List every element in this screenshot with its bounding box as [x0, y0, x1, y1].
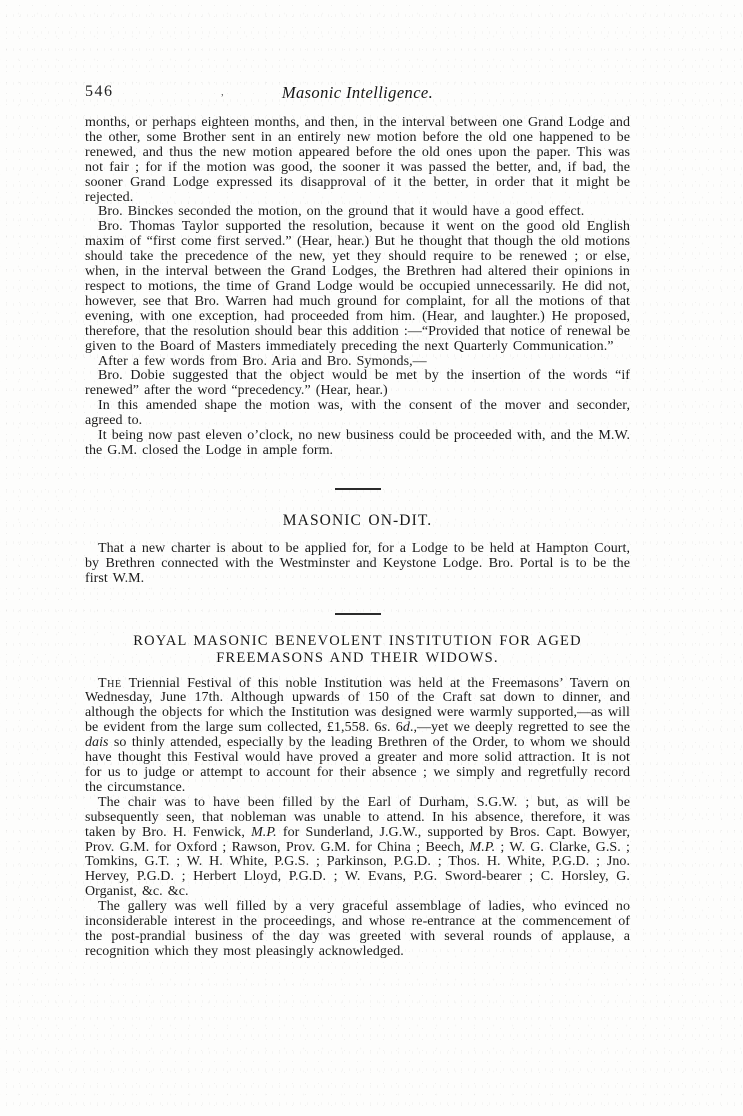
body-text: Bro. Thomas Taylor supported the resolut… — [85, 219, 630, 353]
title-line-1: ROYAL MASONIC BENEVOLENT INSTITUTION FOR… — [85, 633, 630, 651]
section-title-benevolent-institution: ROYAL MASONIC BENEVOLENT INSTITUTION FOR… — [85, 633, 630, 668]
body-text: so thinly attended, especially by the le… — [85, 735, 630, 795]
body-text: Bro. Binckes seconded the motion, on the… — [98, 204, 584, 219]
section-masonic-on-dit: MASONIC ON-DIT. That a new charter is ab… — [85, 512, 630, 587]
italic-text: M.P. — [470, 840, 496, 855]
body-text: It being now past eleven o’clock, no new… — [85, 428, 630, 458]
italic-text: dais — [85, 735, 109, 750]
paragraph: Bro. Dobie suggested that the object wou… — [85, 369, 630, 399]
paragraph: The Triennial Festival of this noble Ins… — [85, 677, 630, 796]
running-title: Masonic Intelligence. — [85, 83, 630, 103]
scanned-book-page: 546 , Masonic Intelligence. months, or p… — [0, 0, 743, 1116]
paragraph: The chair was to have been filled by the… — [85, 796, 630, 900]
section-grand-lodge-report: months, or perhaps eighteen months, and … — [85, 116, 630, 459]
body-text: In this amended shape the motion was, wi… — [85, 398, 630, 428]
paragraph: Bro. Binckes seconded the motion, on the… — [85, 205, 630, 220]
section-divider — [335, 613, 381, 615]
italic-text: d — [403, 720, 410, 735]
smallcaps-text: The — [98, 676, 122, 691]
paragraph: That a new charter is about to be applie… — [85, 542, 630, 587]
text-column: months, or perhaps eighteen months, and … — [85, 116, 630, 960]
body-text: Bro. Dobie suggested that the object wou… — [85, 368, 630, 398]
paragraph: It being now past eleven o’clock, no new… — [85, 429, 630, 459]
running-head: 546 , Masonic Intelligence. — [85, 83, 630, 103]
paragraph: Bro. Thomas Taylor supported the resolut… — [85, 220, 630, 354]
body-text: .,—yet we deeply regretted to see the — [410, 720, 630, 735]
body-text: That a new charter is about to be applie… — [85, 541, 630, 586]
title-line-2: FREEMASONS AND THEIR WIDOWS. — [85, 650, 630, 668]
paragraph: The gallery was well filled by a very gr… — [85, 900, 630, 960]
section-benevolent-institution: ROYAL MASONIC BENEVOLENT INSTITUTION FOR… — [85, 633, 630, 960]
paragraph: months, or perhaps eighteen months, and … — [85, 116, 630, 205]
benevolent-institution-body: The Triennial Festival of this noble Ins… — [85, 677, 630, 960]
body-text: . 6 — [387, 720, 403, 735]
body-text: The gallery was well filled by a very gr… — [85, 899, 630, 959]
on-dit-body: That a new charter is about to be applie… — [85, 542, 630, 587]
paragraph: After a few words from Bro. Aria and Bro… — [85, 355, 630, 370]
section-divider — [335, 488, 381, 490]
paragraph: In this amended shape the motion was, wi… — [85, 399, 630, 429]
body-text: After a few words from Bro. Aria and Bro… — [98, 354, 427, 369]
italic-text: M.P. — [251, 825, 277, 840]
body-text: months, or perhaps eighteen months, and … — [85, 115, 630, 205]
section-title-masonic-on-dit: MASONIC ON-DIT. — [85, 512, 630, 530]
